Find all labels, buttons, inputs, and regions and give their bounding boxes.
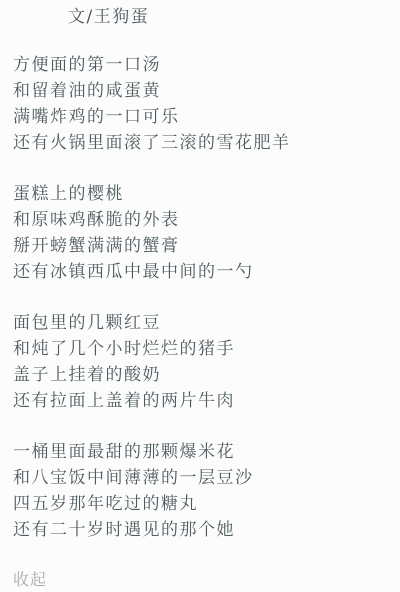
poem-page: 文/王狗蛋 方便面的第一口汤 和留着油的咸蛋黄 满嘴炸鸡的一口可乐 还有火锅里面… [13, 6, 392, 567]
poem-line: 面包里的几颗红豆 [13, 310, 392, 336]
poem-line: 满嘴炸鸡的一口可乐 [13, 104, 392, 130]
poem-line: 掰开螃蟹满满的蟹膏 [13, 233, 392, 259]
stanza-4: 一桶里面最甜的那颗爆米花 和八宝饭中间薄薄的一层豆沙 四五岁那年吃过的糖丸 还有… [13, 439, 392, 543]
poem-line: 还有拉面上盖着的两片牛肉 [13, 388, 392, 414]
poem-line: 和原味鸡酥脆的外表 [13, 207, 392, 233]
stanza-3: 面包里的几颗红豆 和炖了几个小时烂烂的猪手 盖子上挂着的酸奶 还有拉面上盖着的两… [13, 310, 392, 414]
stanza-1: 方便面的第一口汤 和留着油的咸蛋黄 满嘴炸鸡的一口可乐 还有火锅里面滚了三滚的雪… [13, 52, 392, 156]
poem-line: 和留着油的咸蛋黄 [13, 78, 392, 104]
poem-line: 方便面的第一口汤 [13, 52, 392, 78]
poem-line: 还有二十岁时遇见的那个她 [13, 517, 392, 543]
poem-line: 盖子上挂着的酸奶 [13, 362, 392, 388]
poem-line: 还有冰镇西瓜中最中间的一勺 [13, 259, 392, 285]
stanza-2: 蛋糕上的樱桃 和原味鸡酥脆的外表 掰开螃蟹满满的蟹膏 还有冰镇西瓜中最中间的一勺 [13, 181, 392, 285]
poem-line: 一桶里面最甜的那颗爆米花 [13, 439, 392, 465]
poem-line: 和八宝饭中间薄薄的一层豆沙 [13, 465, 392, 491]
poem-line: 蛋糕上的樱桃 [13, 181, 392, 207]
byline: 文/王狗蛋 [68, 6, 392, 28]
poem-line: 还有火锅里面滚了三滚的雪花肥羊 [13, 130, 392, 156]
poem-line: 和炖了几个小时烂烂的猪手 [13, 336, 392, 362]
poem-line: 四五岁那年吃过的糖丸 [13, 491, 392, 517]
